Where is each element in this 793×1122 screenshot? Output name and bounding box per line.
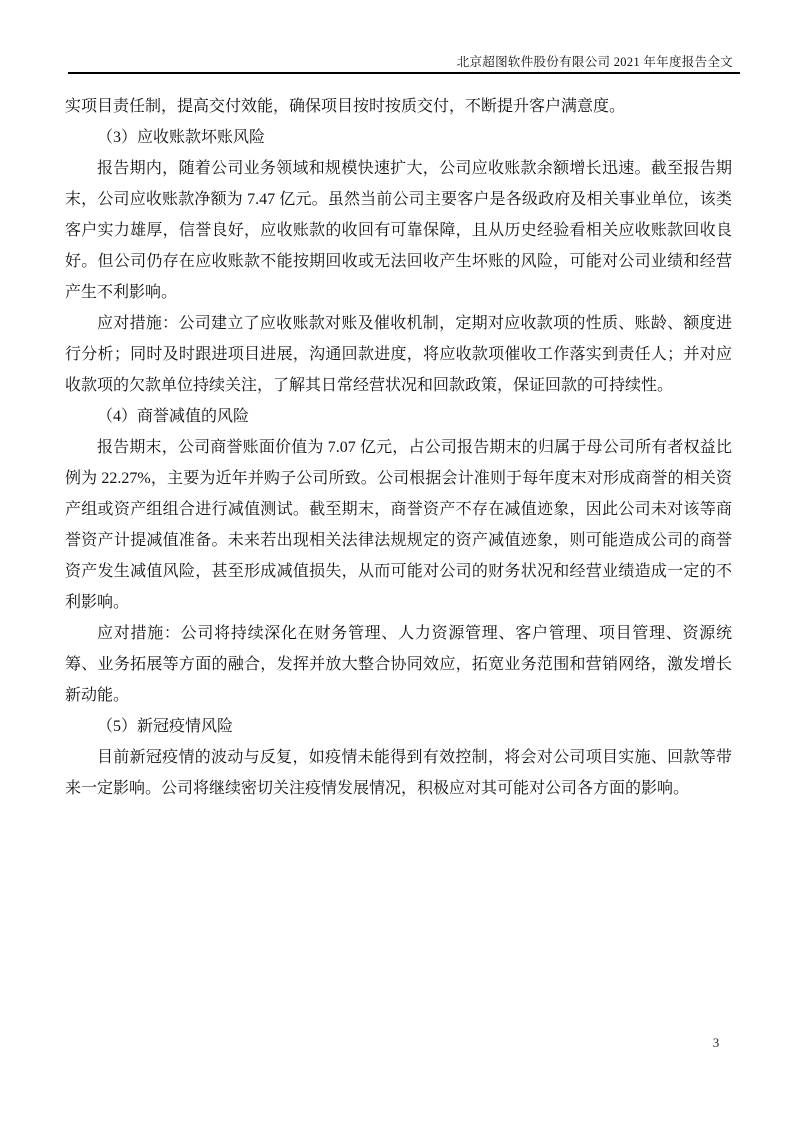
page-number: 3 (700, 1035, 732, 1051)
body-paragraph: 目前新冠疫情的波动与反复，如疫情未能得到有效控制，将会对公司项目实施、回款等带来… (65, 742, 732, 804)
section-heading: （5）新冠疫情风险 (65, 711, 732, 742)
body-paragraph: 应对措施：公司将持续深化在财务管理、人力资源管理、客户管理、项目管理、资源统筹、… (65, 618, 732, 711)
section-heading: （3）应收账款坏账风险 (65, 122, 732, 153)
body-paragraph: 报告期末，公司商誉账面价值为 7.07 亿元，占公司报告期末的归属于母公司所有者… (65, 432, 732, 618)
header-title: 北京超图软件股份有限公司 2021 年年度报告全文 (457, 55, 733, 69)
section-heading: （4）商誉减值的风险 (65, 401, 732, 432)
report-page: 北京超图软件股份有限公司 2021 年年度报告全文 实项目责任制，提高交付效能，… (0, 0, 793, 1122)
page-header: 北京超图软件股份有限公司 2021 年年度报告全文 (65, 55, 733, 70)
body-paragraph: 实项目责任制，提高交付效能，确保项目按时按质交付，不断提升客户满意度。 (65, 91, 732, 122)
body-paragraph: 报告期内，随着公司业务领域和规模快速扩大，公司应收账款余额增长迅速。截至报告期末… (65, 153, 732, 308)
document-body: 实项目责任制，提高交付效能，确保项目按时按质交付，不断提升客户满意度。（3）应收… (65, 91, 732, 804)
body-paragraph: 应对措施：公司建立了应收账款对账及催收机制，定期对应收款项的性质、账龄、额度进行… (65, 308, 732, 401)
header-rule (68, 72, 740, 74)
